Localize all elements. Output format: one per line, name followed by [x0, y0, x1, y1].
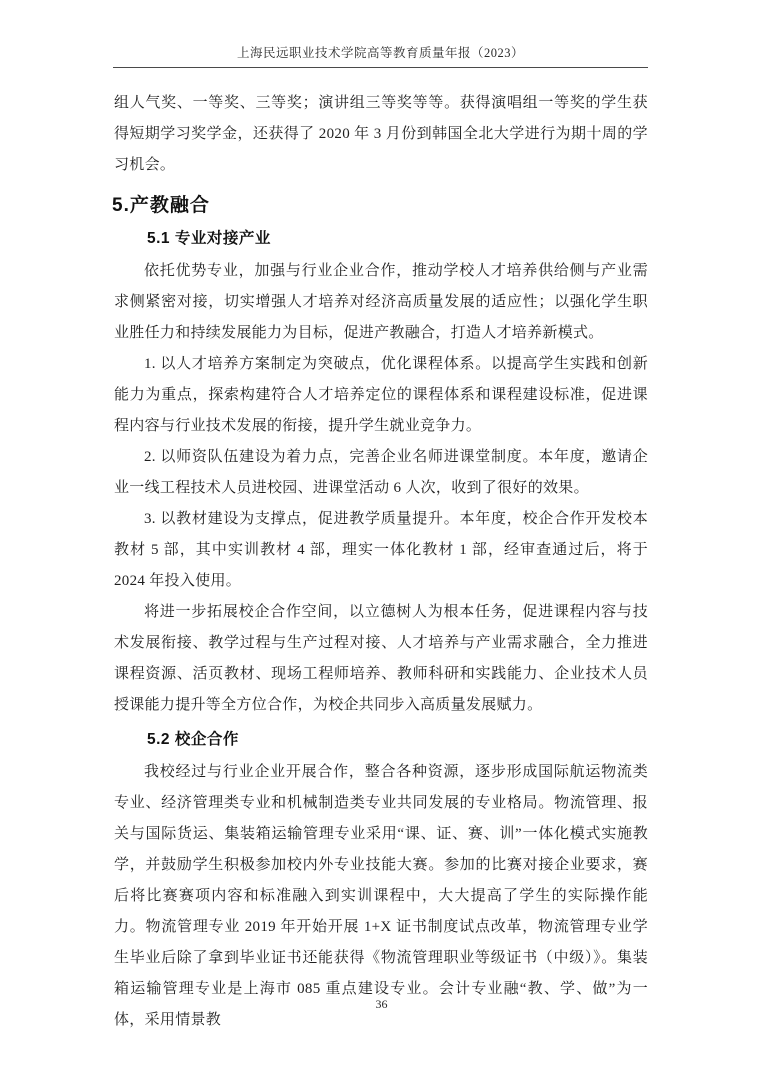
section-heading-5: 5.产教融合 — [112, 193, 648, 219]
paragraph: 组人气奖、一等奖、三等奖；演讲组三等奖等等。获得演唱组一等奖的学生获得短期学习奖… — [114, 88, 648, 181]
document-body: 组人气奖、一等奖、三等奖；演讲组三等奖等等。获得演唱组一等奖的学生获得短期学习奖… — [114, 88, 648, 1036]
paragraph: 3. 以教材建设为支撑点，促进教学质量提升。本年度，校企合作开发校本教材 5 部… — [114, 504, 648, 597]
paragraph: 将进一步拓展校企合作空间，以立德树人为根本任务，促进课程内容与技术发展衔接、教学… — [114, 597, 648, 721]
subsection-heading-5-2: 5.2 校企合作 — [147, 728, 648, 752]
paragraph: 1. 以人才培养方案制定为突破点，优化课程体系。以提高学生实践和创新能力为重点，… — [114, 349, 648, 442]
subsection-heading-5-1: 5.1 专业对接产业 — [147, 227, 648, 251]
document-page: 上海民远职业技术学院高等教育质量年报（2023） 组人气奖、一等奖、三等奖；演讲… — [0, 0, 763, 1080]
paragraph: 依托优势专业，加强与行业企业合作，推动学校人才培养供给侧与产业需求侧紧密对接，切… — [114, 256, 648, 349]
paragraph: 2. 以师资队伍建设为着力点，完善企业名师进课堂制度。本年度，邀请企业一线工程技… — [114, 442, 648, 504]
paragraph: 我校经过与行业企业开展合作，整合各种资源，逐步形成国际航运物流类专业、经济管理类… — [114, 757, 648, 1036]
page-number: 36 — [0, 997, 763, 1012]
page-header-title: 上海民远职业技术学院高等教育质量年报（2023） — [113, 44, 648, 68]
